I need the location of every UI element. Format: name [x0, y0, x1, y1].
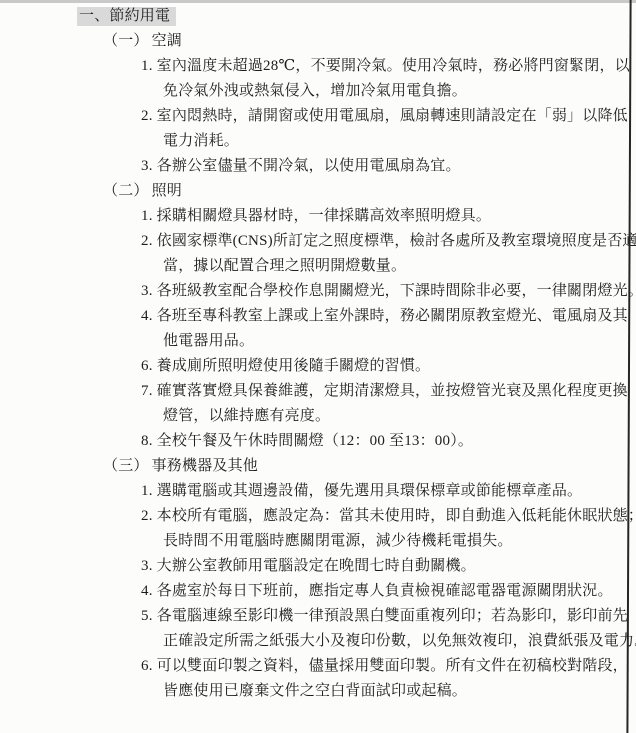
- item-text: 大辦公室教師用電腦設定在晚間七時自動關機。: [157, 558, 476, 574]
- item-number: 3.: [141, 283, 153, 299]
- item-number: 6.: [141, 658, 153, 674]
- list-item: 2.本校所有電腦，應設定為：當其未使用時，即自動進入低耗能休眠狀態；: [0, 504, 626, 529]
- item-text: 依國家標準(CNS)所訂定之照度標準，檢討各處所及教室環境照度是否適: [157, 233, 636, 249]
- section-heading: （二）照明: [0, 179, 626, 204]
- list-item: 2.室內悶熱時，請開窗或使用電風扇，風扇轉速則請設定在「弱」以降低: [0, 104, 626, 129]
- item-number: 2.: [141, 508, 153, 524]
- section-label: （三）: [103, 458, 149, 474]
- item-number: 1.: [141, 58, 153, 74]
- item-number: 3.: [141, 158, 153, 174]
- list-item: 5.各電腦連線至影印機一律預設黑白雙面重複列印；若為影印，影印前先: [0, 604, 626, 629]
- list-item: 1.選購電腦或其週邊設備，優先選用具環保標章或節能標章產品。: [0, 479, 626, 504]
- item-text: 燈管，以維持應有亮度。: [163, 408, 330, 424]
- list-item-continuation: 免冷氣外洩或熱氣侵入，增加冷氣用電負擔。: [0, 79, 626, 104]
- item-text: 長時間不用電腦時應關閉電源，減少待機耗電損失。: [163, 533, 513, 549]
- section-name: 照明: [152, 183, 182, 199]
- item-number: 3.: [141, 558, 153, 574]
- list-item: 3.大辦公室教師用電腦設定在晚間七時自動關機。: [0, 554, 626, 579]
- list-item: 6.養成廁所照明燈使用後隨手關燈的習慣。: [0, 354, 626, 379]
- item-number: 8.: [141, 433, 153, 449]
- item-text: 正確設定所需之紙張大小及複印份數，以免無效複印，浪費紙張及電力。: [163, 633, 636, 649]
- item-text: 當，據以配置合理之照明開燈數量。: [163, 258, 406, 274]
- item-text: 採購相關燈具器材時，一律採購高效率照明燈具。: [157, 208, 491, 224]
- list-item: 4.各班至專科教室上課或上室外課時，務必關閉原教室燈光、電風扇及其: [0, 304, 626, 329]
- list-item: 1.採購相關燈具器材時，一律採購高效率照明燈具。: [0, 204, 626, 229]
- item-text: 他電器用品。: [163, 333, 254, 349]
- list-item: 2.依國家標準(CNS)所訂定之照度標準，檢討各處所及教室環境照度是否適: [0, 229, 626, 254]
- list-item: 3.各辦公室儘量不開冷氣，以使用電風扇為宜。: [0, 154, 626, 179]
- section-label: （二）: [103, 183, 149, 199]
- item-text: 室內悶熱時，請開窗或使用電風扇，風扇轉速則請設定在「弱」以降低: [157, 108, 628, 124]
- list-item: 6.可以雙面印製之資料，儘量採用雙面印製。所有文件在初稿校對階段，: [0, 654, 626, 679]
- item-text: 各電腦連線至影印機一律預設黑白雙面重複列印；若為影印，影印前先: [157, 608, 628, 624]
- item-text: 各班至專科教室上課或上室外課時，務必關閉原教室燈光、電風扇及其: [157, 308, 628, 324]
- item-number: 2.: [141, 108, 153, 124]
- list-item-continuation: 正確設定所需之紙張大小及複印份數，以免無效複印，浪費紙張及電力。: [0, 629, 626, 654]
- item-text: 各辦公室儘量不開冷氣，以使用電風扇為宜。: [157, 158, 461, 174]
- item-text: 全校午餐及午休時間關燈（12：00 至13：00）。: [157, 433, 473, 449]
- list-item-continuation: 他電器用品。: [0, 329, 626, 354]
- list-item: 7.確實落實燈具保養維護，定期清潔燈具，並按燈管光衰及黑化程度更換: [0, 379, 626, 404]
- section-name: 空調: [152, 33, 182, 49]
- item-text: 室內溫度未超過28℃，不要開冷氣。使用冷氣時，務必將門窗緊閉，以: [157, 58, 630, 74]
- page-title: 一、節約用電: [77, 7, 176, 26]
- document-page: 一、節約用電 （一）空調 1.室內溫度未超過28℃，不要開冷氣。使用冷氣時，務必…: [0, 4, 626, 704]
- section-name: 事務機器及其他: [152, 458, 258, 474]
- item-text: 可以雙面印製之資料，儘量採用雙面印製。所有文件在初稿校對階段，: [157, 658, 628, 674]
- item-text: 免冷氣外洩或熱氣侵入，增加冷氣用電負擔。: [163, 83, 467, 99]
- list-item-continuation: 長時間不用電腦時應關閉電源，減少待機耗電損失。: [0, 529, 626, 554]
- item-number: 1.: [141, 483, 153, 499]
- item-text: 各處室於每日下班前，應指定專人負責檢視確認電器電源關閉狀況。: [157, 583, 613, 599]
- list-item: 4.各處室於每日下班前，應指定專人負責檢視確認電器電源關閉狀況。: [0, 579, 626, 604]
- item-number: 2.: [141, 233, 153, 249]
- list-item-continuation: 皆應使用已廢棄文件之空白背面試印或起稿。: [0, 679, 626, 704]
- list-item-continuation: 燈管，以維持應有亮度。: [0, 404, 626, 429]
- item-text: 各班級教室配合學校作息開關燈光，下課時間除非必要，一律關閉燈光。: [157, 283, 636, 299]
- item-number: 5.: [141, 608, 153, 624]
- list-item-continuation: 當，據以配置合理之照明開燈數量。: [0, 254, 626, 279]
- item-number: 4.: [141, 308, 153, 324]
- section-heading: （三）事務機器及其他: [0, 454, 626, 479]
- item-text: 確實落實燈具保養維護，定期清潔燈具，並按燈管光衰及黑化程度更換: [157, 383, 628, 399]
- scan-top-strip: [0, 0, 636, 3]
- section-heading: （一）空調: [0, 29, 626, 54]
- list-item: 3.各班級教室配合學校作息開關燈光，下課時間除非必要，一律關閉燈光。: [0, 279, 626, 304]
- item-number: 7.: [141, 383, 153, 399]
- item-text: 皆應使用已廢棄文件之空白背面試印或起稿。: [163, 683, 467, 699]
- item-text: 養成廁所照明燈使用後隨手關燈的習慣。: [157, 358, 431, 374]
- item-text: 本校所有電腦，應設定為：當其未使用時，即自動進入低耗能休眠狀態；: [157, 508, 636, 524]
- item-number: 6.: [141, 358, 153, 374]
- list-item: 1.室內溫度未超過28℃，不要開冷氣。使用冷氣時，務必將門窗緊閉，以: [0, 54, 626, 79]
- doc-title-row: 一、節約用電: [0, 4, 626, 29]
- item-text: 選購電腦或其週邊設備，優先選用具環保標章或節能標章產品。: [157, 483, 583, 499]
- item-number: 4.: [141, 583, 153, 599]
- item-text: 電力消耗。: [163, 133, 239, 149]
- list-item: 8.全校午餐及午休時間關燈（12：00 至13：00）。: [0, 429, 626, 454]
- list-item-continuation: 電力消耗。: [0, 129, 626, 154]
- section-label: （一）: [103, 33, 149, 49]
- item-number: 1.: [141, 208, 153, 224]
